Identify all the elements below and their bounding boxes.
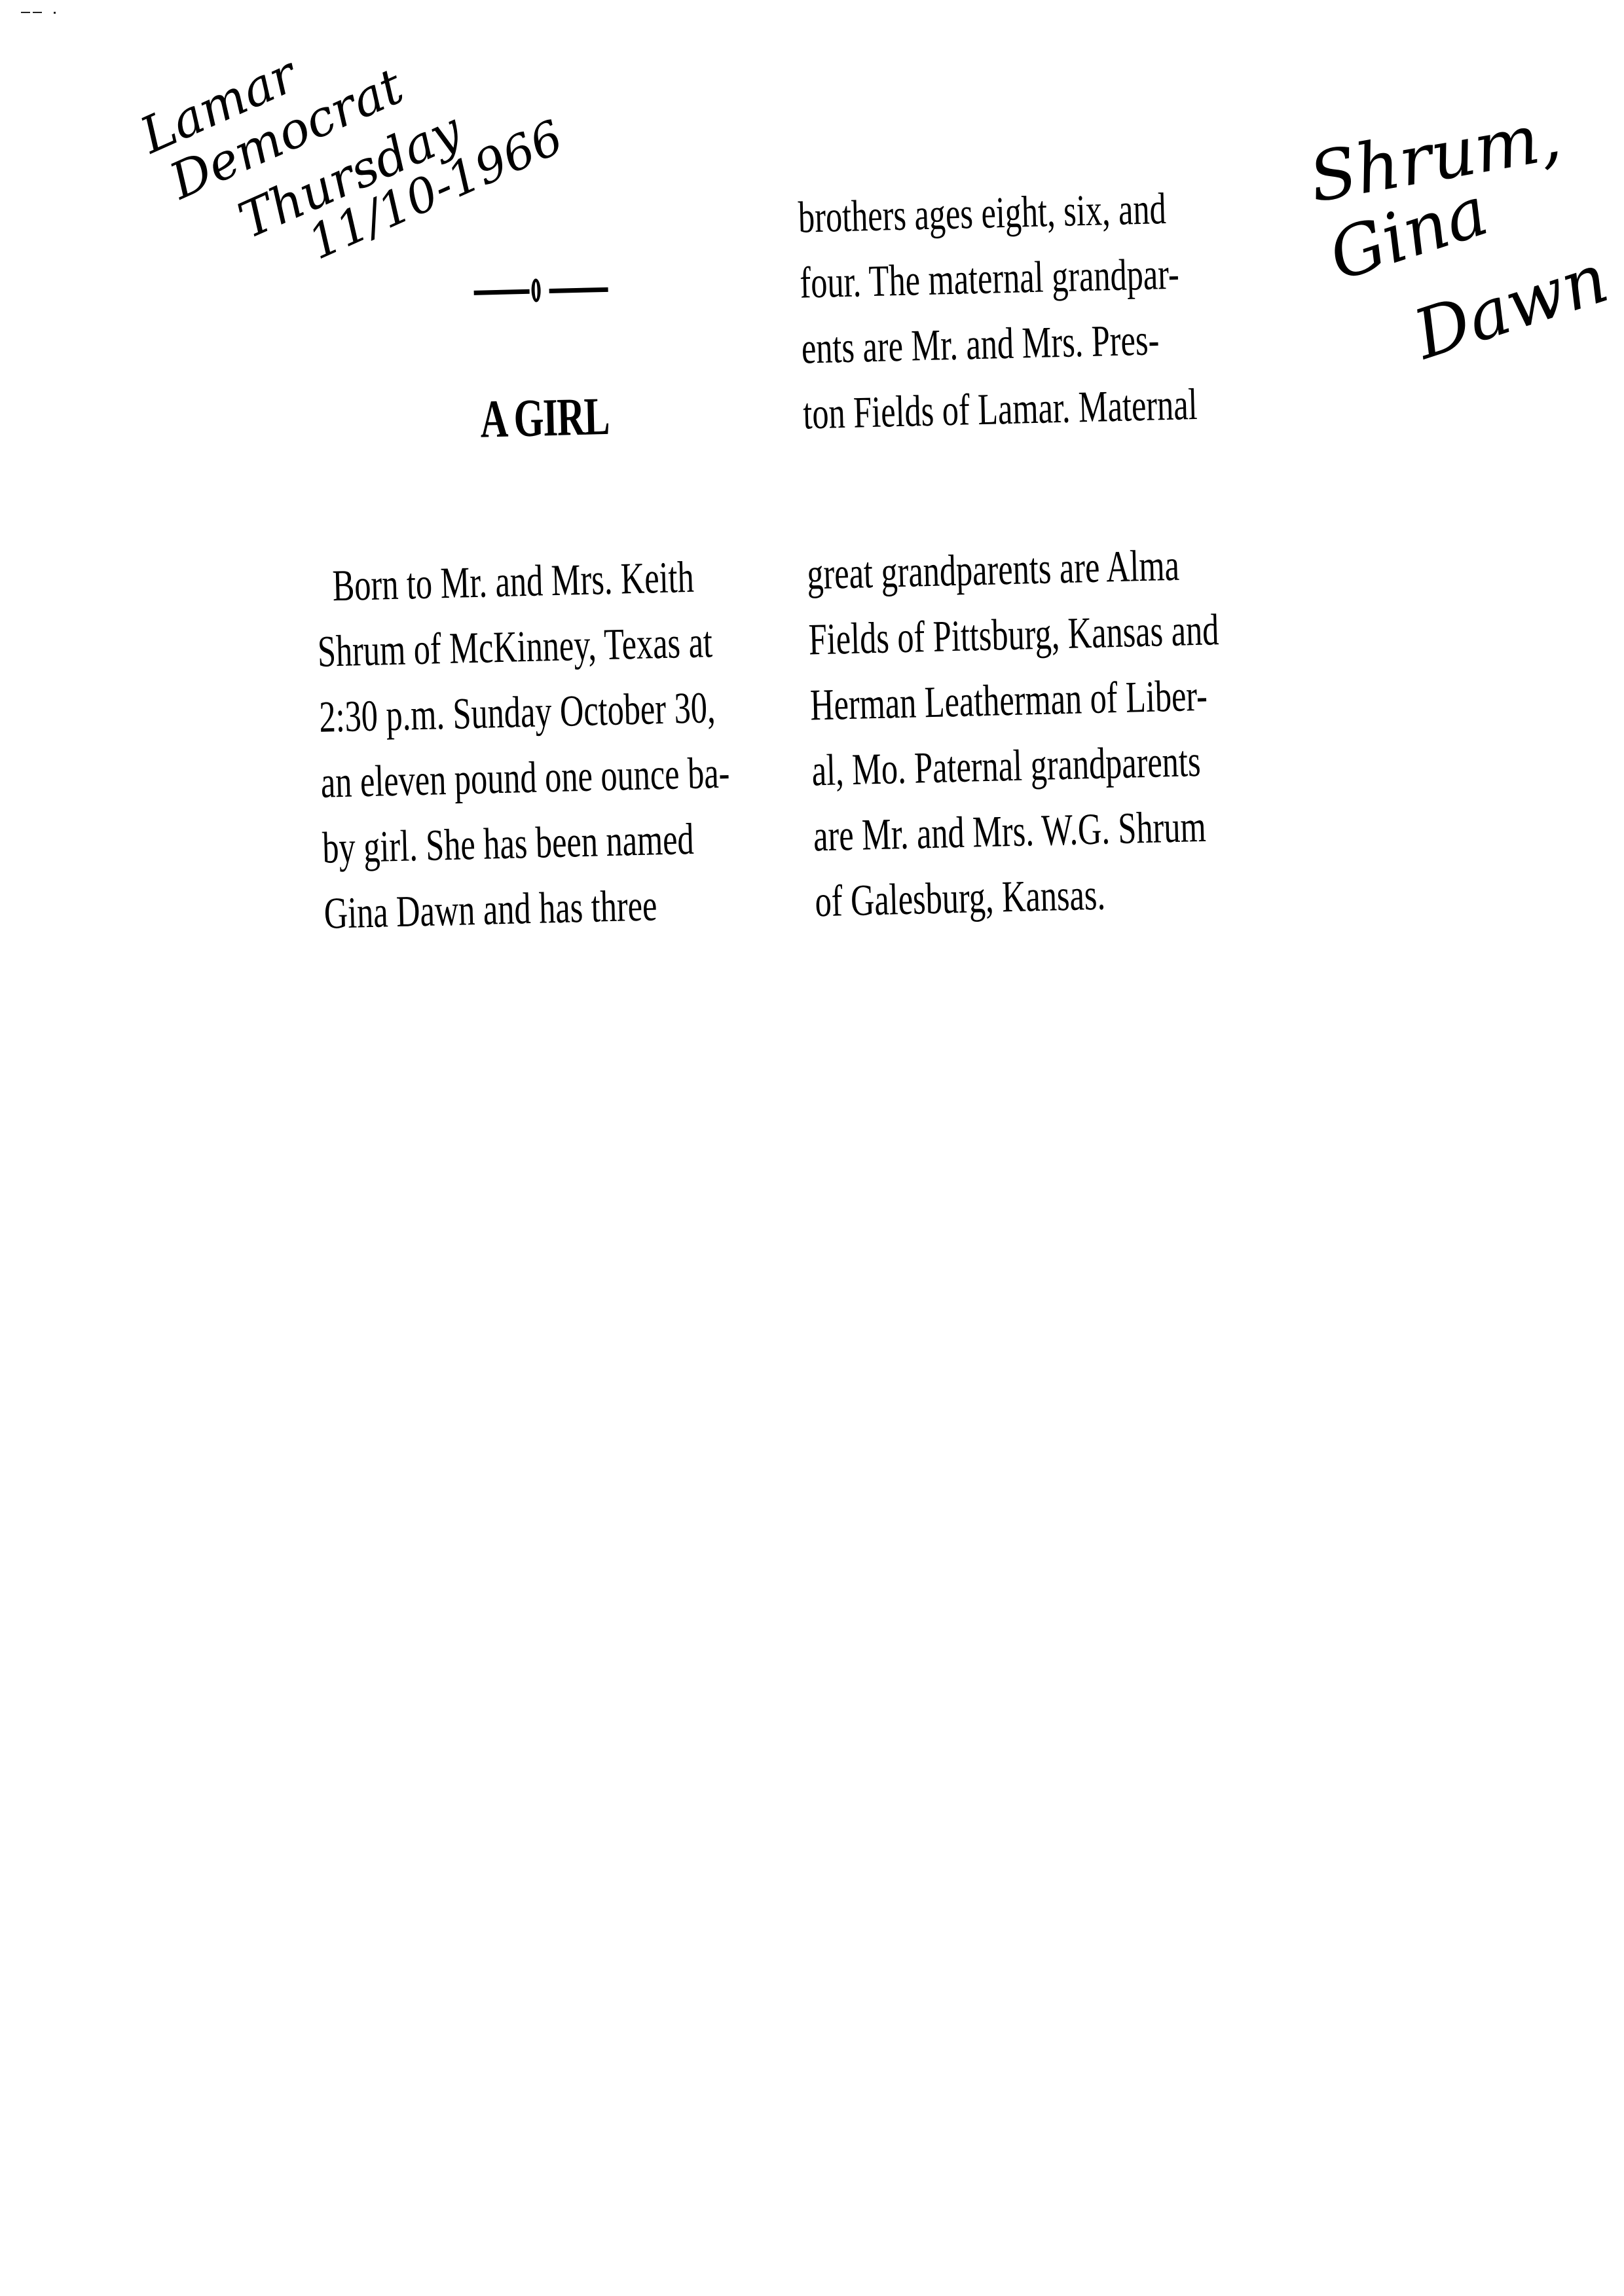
divider-rule-left xyxy=(474,289,530,295)
article-line: by girl. She has been named xyxy=(322,807,676,881)
scan-artifact-mark xyxy=(21,12,60,16)
article-line: ton Fields of Lamar. Maternal xyxy=(802,372,1157,446)
article-line: great grandparents are Alma xyxy=(806,532,1161,606)
article-line: are Mr. and Mrs. W.G. Shrum xyxy=(813,794,1168,868)
article-column-right-top: brothers ages eight, six, and four. The … xyxy=(798,173,1282,446)
scanned-page: Lamar Democrat Thursday 11/10-1966 Shrum… xyxy=(0,0,1624,2296)
section-divider-ornament xyxy=(473,276,608,305)
article-line: an eleven pound one ounce ba- xyxy=(320,741,675,815)
article-column-left: Born to Mr. and Mrs. Keith Shrum of McKi… xyxy=(315,541,802,946)
newspaper-clipping: A GIRL brothers ages eight, six, and fou… xyxy=(308,172,1312,1086)
article-line: four. The maternal grandpar- xyxy=(799,241,1154,315)
article-line: Herman Leatherman of Liber- xyxy=(809,663,1164,737)
divider-rule-right xyxy=(549,287,608,293)
article-line: of Galesburg, Kansas. xyxy=(814,860,1169,934)
divider-ring-icon xyxy=(531,278,541,302)
article-line: 2:30 p.m. Sunday October 30, xyxy=(318,676,673,750)
article-headline: A GIRL xyxy=(479,386,610,450)
article-line: Fields of Pittsburg, Kansas and xyxy=(808,598,1163,672)
article-line: al, Mo. Paternal grandparents xyxy=(811,729,1166,803)
article-line: ents are Mr. and Mrs. Pres- xyxy=(801,306,1156,380)
article-column-right-bottom: great grandparents are Alma Fields of Pi… xyxy=(806,530,1293,934)
article-line: Gina Dawn and has three xyxy=(323,872,678,946)
article-line: Born to Mr. and Mrs. Keith xyxy=(315,545,670,619)
article-line: brothers ages eight, six, and xyxy=(798,176,1153,250)
article-line: Shrum of McKinney, Texas at xyxy=(317,610,672,684)
